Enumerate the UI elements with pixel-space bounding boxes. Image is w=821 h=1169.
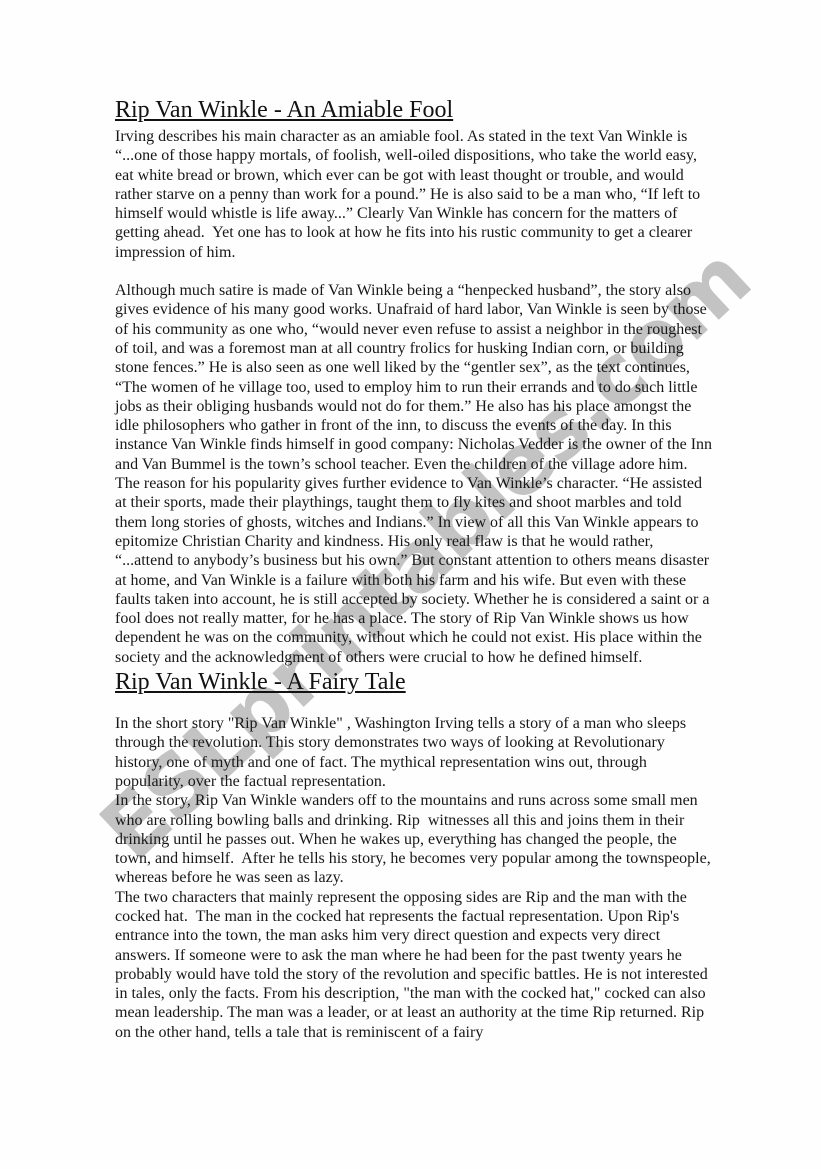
paragraph-fairy-tale-story: In the story, Rip Van Winkle wanders off… bbox=[115, 791, 714, 887]
paragraph-amiable-fool-satire: Although much satire is made of Van Wink… bbox=[115, 281, 714, 667]
paragraph-fairy-tale-characters: The two characters that mainly represent… bbox=[115, 888, 714, 1042]
document-content: Rip Van Winkle - An Amiable Fool Irving … bbox=[115, 96, 714, 1042]
paragraph-amiable-fool-intro: Irving describes his main character as a… bbox=[115, 127, 714, 262]
section-heading-a-fairy-tale: Rip Van Winkle - A Fairy Tale bbox=[115, 668, 714, 696]
paragraph-fairy-tale-intro: In the short story "Rip Van Winkle" , Wa… bbox=[115, 714, 714, 791]
section-heading-an-amiable-fool: Rip Van Winkle - An Amiable Fool bbox=[115, 96, 714, 124]
document-page: ESLprintables.com Rip Van Winkle - An Am… bbox=[0, 0, 821, 1169]
